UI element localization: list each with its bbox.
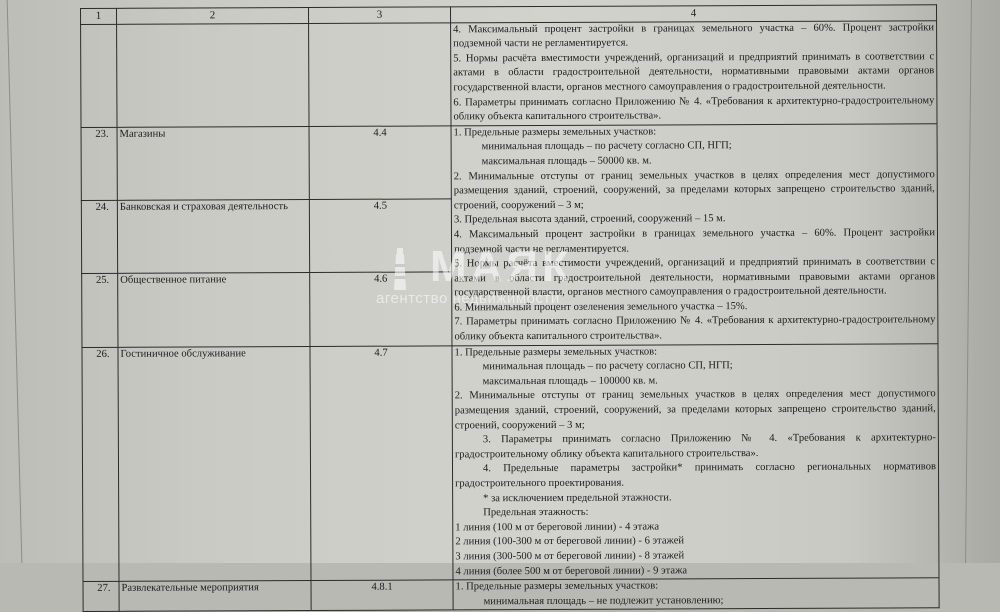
param-item: 6. Параметры принимать согласно Приложен…	[453, 94, 934, 125]
row-code: 4.7	[310, 346, 453, 563]
param-item: 7. Параметры принимать согласно Приложен…	[454, 314, 935, 345]
row-number	[81, 24, 117, 127]
row-code	[309, 22, 451, 126]
param-item: 5. Нормы расчёта вместимости учреждений,…	[454, 255, 935, 301]
param-item: 5. Нормы расчёта вместимости учреждений,…	[453, 50, 934, 96]
param-item: 3. Параметры принимать согласно Приложен…	[455, 431, 936, 462]
zoning-table: 1 2 3 4 4. Максимальный процент застройк…	[80, 4, 940, 563]
header-col-2: 2	[117, 8, 309, 24]
row-name: Гостиничное обслуживание	[118, 346, 311, 563]
table-row-continuation: 4. Максимальный процент застройки в гран…	[81, 20, 937, 127]
monitor-edge-right	[965, 0, 972, 563]
monitor-edge-left	[7, 0, 23, 563]
header-col-1: 1	[81, 8, 117, 24]
param-item: 4. Предельные параметры застройки* прини…	[455, 461, 936, 492]
row-name	[117, 23, 309, 127]
row-number: 24.	[81, 200, 117, 273]
header-col-3: 3	[309, 7, 451, 23]
document-page: 1 2 3 4 4. Максимальный процент застройк…	[80, 4, 943, 563]
photo-background: 1 2 3 4 4. Максимальный процент застройк…	[0, 0, 1000, 563]
row-parameters: 4. Максимальный процент застройки в гран…	[451, 20, 937, 125]
floor-line: 3 линия (300-500 м от береговой линии) -…	[455, 548, 936, 563]
param-item: 4. Максимальный процент застройки в гран…	[453, 21, 934, 52]
param-item: 2. Минимальные отступы от границ земельн…	[454, 168, 935, 214]
row-number: 25.	[82, 274, 118, 347]
table-row-23: 23. Магазины 4.4 1. Предельные размеры з…	[81, 124, 937, 201]
row-name: Банковская и страховая деятельность	[117, 200, 309, 274]
param-item: 2. Минимальные отступы от границ земельн…	[455, 388, 936, 434]
row-code: 4.4	[309, 126, 451, 200]
row-number: 23.	[81, 127, 117, 200]
row-name: Общественное питание	[118, 273, 310, 347]
row-name: Магазины	[117, 126, 309, 200]
row-parameters: 1. Предельные размеры земельных участков…	[452, 343, 939, 563]
param-item: 4. Максимальный процент застройки в гран…	[454, 226, 935, 257]
row-number: 26.	[82, 347, 119, 563]
row-code: 4.6	[310, 272, 452, 346]
table-row-26: 26. Гостиничное обслуживание 4.7 1. Пред…	[82, 343, 939, 563]
row-parameters-23-25: 1. Предельные размеры земельных участков…	[451, 124, 938, 346]
row-code: 4.5	[309, 199, 451, 273]
